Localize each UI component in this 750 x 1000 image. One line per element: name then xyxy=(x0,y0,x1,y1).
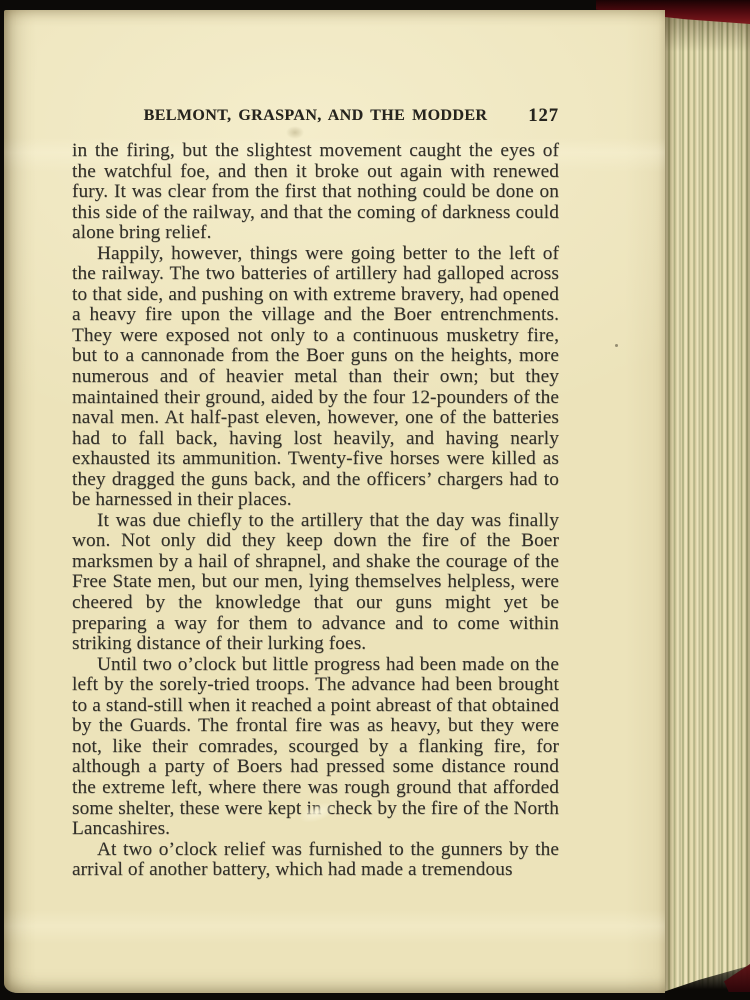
page-number: 127 xyxy=(528,106,559,127)
paragraph: Happily, however, things were going bett… xyxy=(72,244,559,511)
page-body: in the firing, but the slightest movemen… xyxy=(72,141,559,881)
paragraph: At two o’clock relief was furnished to t… xyxy=(72,840,559,881)
book-page: BELMONT, GRASPAN, AND THE MODDER 127 in … xyxy=(4,10,665,993)
paper-smudge xyxy=(286,126,304,139)
paragraph: It was due chiefly to the artillery that… xyxy=(72,511,559,655)
page-edges xyxy=(665,0,750,1000)
running-title: BELMONT, GRASPAN, AND THE MODDER xyxy=(72,107,559,125)
paragraph: in the firing, but the slightest movemen… xyxy=(72,141,559,244)
ink-speck xyxy=(615,344,618,347)
page-header: BELMONT, GRASPAN, AND THE MODDER 127 xyxy=(72,10,559,125)
